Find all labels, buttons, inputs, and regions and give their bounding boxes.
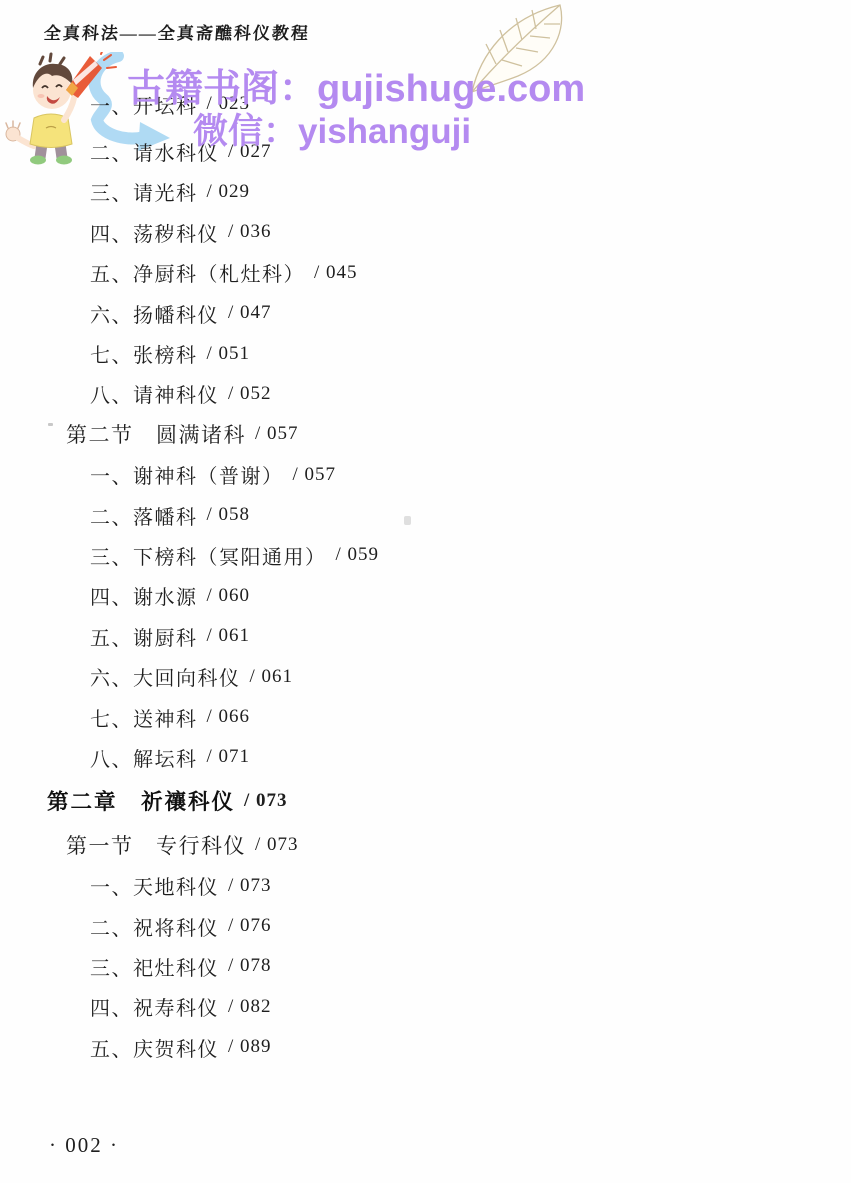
toc-entry-page: / 066 bbox=[207, 706, 251, 728]
toc-entry-title: 二、落幡科 bbox=[90, 501, 198, 530]
toc-entry-title: 一、谢神科（普谢） bbox=[90, 460, 284, 489]
toc-entry-page: / 061 bbox=[250, 666, 294, 688]
toc-entry-title: 一、天地科仪 bbox=[90, 871, 219, 900]
toc-entry-title: 二、祝将科仪 bbox=[90, 912, 219, 941]
toc-entry: 四、祝寿科仪/ 082 bbox=[0, 987, 851, 1027]
toc-entry-title: 五、净厨科（札灶科） bbox=[90, 258, 305, 287]
toc-entry: 三、下榜科（冥阳通用）/ 059 bbox=[0, 535, 851, 575]
toc-entry-page: / 052 bbox=[228, 383, 272, 405]
toc-entry-title: 八、请神科仪 bbox=[90, 379, 219, 408]
toc-entry-page: / 051 bbox=[207, 343, 251, 365]
toc-entry-page: / 082 bbox=[228, 996, 272, 1018]
toc-entry-title: 八、解坛科 bbox=[90, 743, 198, 772]
toc-entry-title: 五、庆贺科仪 bbox=[90, 1033, 219, 1062]
toc-entry-title: 三、下榜科（冥阳通用） bbox=[90, 541, 327, 570]
toc-entry-title: 六、扬幡科仪 bbox=[90, 299, 219, 328]
toc-entry: 三、祀灶科仪/ 078 bbox=[0, 946, 851, 986]
toc-entry-page: / 057 bbox=[293, 464, 337, 486]
toc-entry-title: 第一节 专行科仪 bbox=[66, 830, 246, 860]
running-header-title: 全真科法——全真斋醮科仪教程 bbox=[43, 19, 311, 44]
toc-entry-page: / 045 bbox=[314, 262, 358, 284]
toc-entry-title: 六、大回向科仪 bbox=[90, 662, 241, 691]
toc-entry: 第二章 祈禳科仪/ 073 bbox=[0, 781, 851, 821]
toc-entry-title: 七、张榜科 bbox=[90, 339, 198, 368]
toc-entry-page: / 060 bbox=[207, 585, 251, 607]
toc-entry: 三、请光科/ 029 bbox=[0, 172, 851, 212]
toc-entry-page: / 076 bbox=[228, 915, 272, 937]
toc-entry-page: / 078 bbox=[228, 955, 272, 977]
toc-entry-title: 三、祀灶科仪 bbox=[90, 952, 219, 981]
toc-entry-title: 第二章 祈禳科仪 bbox=[47, 785, 235, 816]
toc-entry-page: / 059 bbox=[336, 544, 380, 566]
toc-entry: 六、扬幡科仪/ 047 bbox=[0, 293, 851, 333]
toc-entry: 二、祝将科仪/ 076 bbox=[0, 906, 851, 946]
toc-list: 一、开坛科/ 023二、请水科仪/ 027三、请光科/ 029四、荡秽科仪/ 0… bbox=[0, 84, 851, 1067]
toc-entry-page: / 058 bbox=[207, 504, 251, 526]
toc-entry-page: / 073 bbox=[255, 834, 299, 856]
toc-entry: 五、谢厨科/ 061 bbox=[0, 616, 851, 656]
toc-entry-title: 五、谢厨科 bbox=[90, 622, 198, 651]
toc-entry-page: / 061 bbox=[207, 625, 251, 647]
toc-entry-page: / 089 bbox=[228, 1036, 272, 1058]
toc-entry: 四、谢水源/ 060 bbox=[0, 576, 851, 616]
toc-entry: 五、庆贺科仪/ 089 bbox=[0, 1027, 851, 1067]
watermark-wechat-line: 微信：yishanguji bbox=[193, 104, 471, 154]
scanned-book-page: 全真科法——全真斋醮科仪教程 bbox=[0, 0, 851, 1183]
toc-entry-title: 四、祝寿科仪 bbox=[90, 992, 219, 1021]
toc-entry: 四、荡秽科仪/ 036 bbox=[0, 212, 851, 252]
toc-entry-title: 三、请光科 bbox=[90, 177, 198, 206]
toc-entry-page: / 036 bbox=[228, 221, 272, 243]
toc-entry-page: / 073 bbox=[228, 875, 272, 897]
toc-entry: 一、天地科仪/ 073 bbox=[0, 865, 851, 905]
toc-entry-title: 七、送神科 bbox=[90, 703, 198, 732]
toc-entry-title: 四、谢水源 bbox=[90, 581, 198, 610]
toc-entry-page: / 073 bbox=[244, 790, 288, 812]
toc-entry: 第一节 专行科仪/ 073 bbox=[0, 825, 851, 865]
toc-entry: 八、请神科仪/ 052 bbox=[0, 374, 851, 414]
toc-entry-title: 四、荡秽科仪 bbox=[90, 218, 219, 247]
toc-entry: 八、解坛科/ 071 bbox=[0, 737, 851, 777]
toc-entry-page: / 029 bbox=[207, 181, 251, 203]
toc-entry: 一、谢神科（普谢）/ 057 bbox=[0, 455, 851, 495]
toc-entry: 第二节 圆满诸科/ 057 bbox=[0, 414, 851, 454]
toc-entry-title: 第二节 圆满诸科 bbox=[66, 419, 246, 449]
toc-entry: 六、大回向科仪/ 061 bbox=[0, 656, 851, 696]
page-number: · 002 · bbox=[49, 1133, 119, 1158]
toc-entry: 二、落幡科/ 058 bbox=[0, 495, 851, 535]
toc-entry: 七、送神科/ 066 bbox=[0, 697, 851, 737]
toc-entry: 七、张榜科/ 051 bbox=[0, 333, 851, 373]
toc-entry-page: / 057 bbox=[255, 423, 299, 445]
toc-entry: 五、净厨科（札灶科）/ 045 bbox=[0, 253, 851, 293]
toc-entry-page: / 071 bbox=[207, 746, 251, 768]
toc-entry-page: / 047 bbox=[228, 302, 272, 324]
